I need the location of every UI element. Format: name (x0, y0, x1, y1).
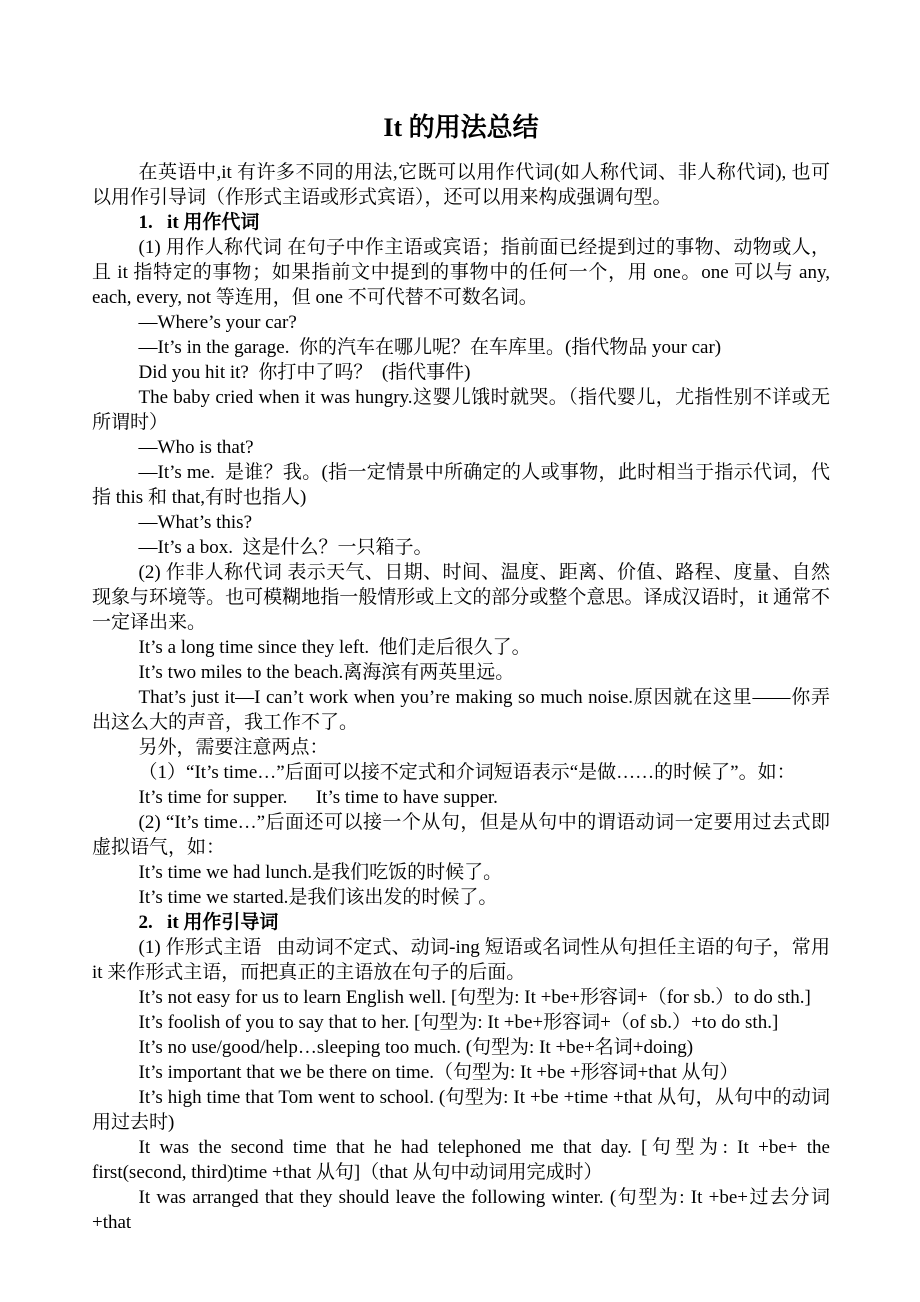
example-sentence: It’s no use/good/help…sleeping too much.… (92, 1035, 830, 1060)
example-sentence: —It’s a box. 这是什么？一只箱子。 (92, 535, 830, 560)
section-heading-2: 2. it 用作引导词 (92, 910, 830, 935)
example-sentence: —It’s me. 是谁？我。(指一定情景中所确定的人或事物，此时相当于指示代词… (92, 460, 830, 510)
paragraph-impersonal-pronoun: (2) 作非人称代词 表示天气、日期、时间、温度、距离、价值、路程、度量、自然现… (92, 560, 830, 635)
paragraph-note: 另外，需要注意两点： (92, 735, 830, 760)
example-sentence: It’s important that we be there on time.… (92, 1060, 830, 1085)
example-sentence: Did you hit it? 你打中了吗？ (指代事件) (92, 360, 830, 385)
example-sentence: It’s time we had lunch.是我们吃饭的时候了。 (92, 860, 830, 885)
example-sentence: It was the second time that he had telep… (92, 1135, 830, 1185)
paragraph-personal-pronoun: (1) 用作人称代词 在句子中作主语或宾语；指前面已经提到过的事物、动物或人，且… (92, 235, 830, 310)
example-sentence: It’s time we started.是我们该出发的时候了。 (92, 885, 830, 910)
example-sentence: It’s not easy for us to learn English we… (92, 985, 830, 1010)
example-sentence: It’s foolish of you to say that to her. … (92, 1010, 830, 1035)
example-sentence: It’s time for supper. It’s time to have … (92, 785, 830, 810)
paragraph-formal-subject: (1) 作形式主语 由动词不定式、动词-ing 短语或名词性从句担任主语的句子，… (92, 935, 830, 985)
document-title: It 的用法总结 (92, 112, 830, 144)
paragraph-note-1: （1）“It’s time…”后面可以接不定式和介词短语表示“是做……的时候了”… (92, 760, 830, 785)
example-sentence: The baby cried when it was hungry.这婴儿饿时就… (92, 385, 830, 435)
example-sentence: It’s a long time since they left. 他们走后很久… (92, 635, 830, 660)
example-sentence: It’s high time that Tom went to school. … (92, 1085, 830, 1135)
example-sentence: —What’s this? (92, 510, 830, 535)
example-sentence: —Who is that? (92, 435, 830, 460)
example-sentence: That’s just it—I can’t work when you’re … (92, 685, 830, 735)
paragraph-intro: 在英语中,it 有许多不同的用法,它既可以用作代词(如人称代词、非人称代词), … (92, 160, 830, 210)
example-sentence: It’s two miles to the beach.离海滨有两英里远。 (92, 660, 830, 685)
section-heading-1: 1. it 用作代词 (92, 210, 830, 235)
example-sentence: —Where’s your car? (92, 310, 830, 335)
example-sentence: —It’s in the garage. 你的汽车在哪儿呢？在车库里。(指代物品… (92, 335, 830, 360)
document-page: It 的用法总结 在英语中,it 有许多不同的用法,它既可以用作代词(如人称代词… (0, 0, 920, 1302)
example-sentence: It was arranged that they should leave t… (92, 1185, 830, 1235)
paragraph-note-2: (2) “It’s time…”后面还可以接一个从句，但是从句中的谓语动词一定要… (92, 810, 830, 860)
